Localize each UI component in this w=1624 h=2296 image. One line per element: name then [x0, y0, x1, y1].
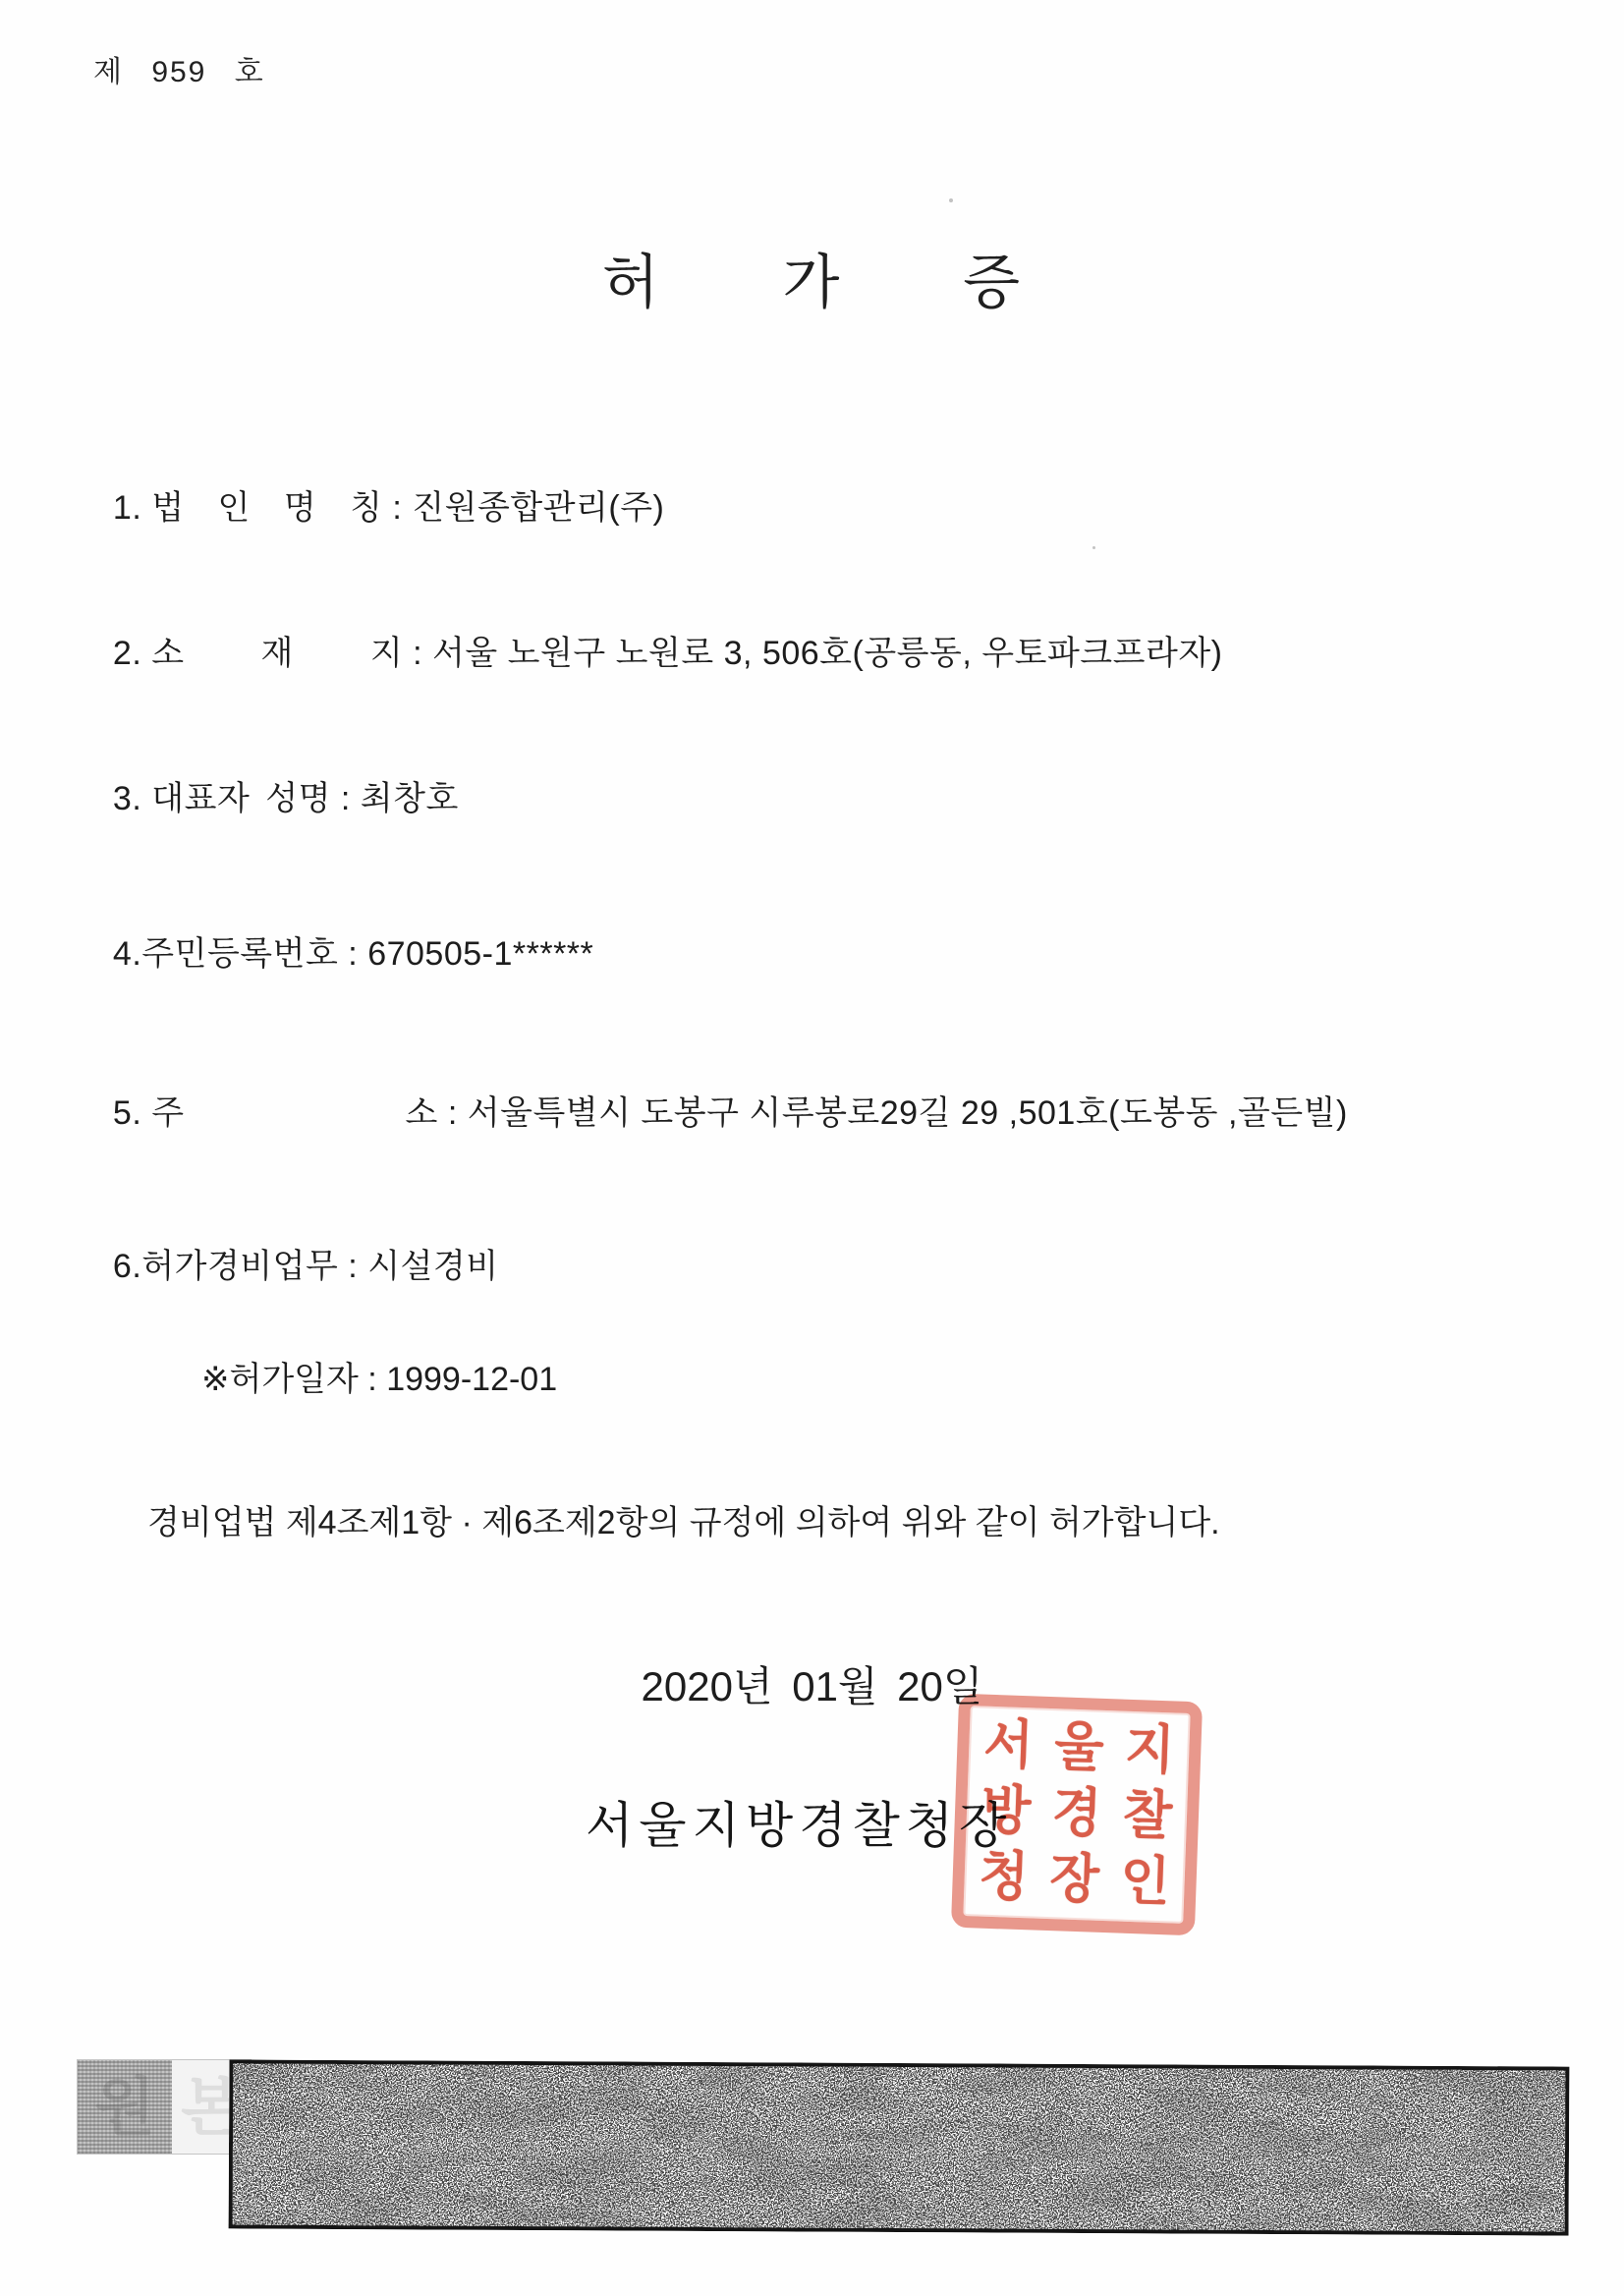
- watermark-char: 원: [94, 2076, 155, 2139]
- field-separator: :: [331, 780, 361, 817]
- field-label: 소 재 지: [151, 635, 403, 672]
- field-address: 5.주 소 : 서울특별시 도봉구 시루봉로29길 29 ,501호(도봉동 ,…: [93, 1047, 1348, 1134]
- seal-char: 청: [979, 1851, 1030, 1906]
- seal-char: 인: [1120, 1856, 1171, 1911]
- field-label: 허가경비업무: [141, 1248, 338, 1285]
- seal-char: 방: [980, 1785, 1032, 1840]
- legal-statement: 경비업법 제4조제1항 · 제6조제2항의 규정에 의하여 위와 같이 허가합니…: [147, 1495, 1220, 1543]
- field-no: 6.: [113, 1248, 141, 1285]
- original-watermark-dark-half: 원: [78, 2060, 172, 2154]
- field-representative-name: 3.대표자 성명 : 최창호: [93, 733, 459, 819]
- permit-date-note: ※허가일자 : 1999-12-01: [201, 1352, 557, 1400]
- field-no: 3.: [113, 780, 141, 817]
- document-number: 제 959 호: [93, 47, 265, 90]
- field-no: 5.: [113, 1094, 141, 1132]
- field-label: 대표자 성명: [151, 780, 331, 817]
- official-red-seal: 서 울 지 방 경 찰 청 장 인: [951, 1694, 1203, 1936]
- field-separator: :: [403, 635, 432, 672]
- issuer-title: 서울지방경찰청장: [586, 1786, 1012, 1857]
- field-location: 2.소 재 지 : 서울 노원구 노원로 3, 506호(공릉동, 우토파크프라…: [93, 588, 1223, 674]
- seal-char: 울: [1053, 1721, 1104, 1776]
- field-label: 주 소: [151, 1094, 438, 1132]
- field-resident-registration-number: 4.주민등록번호 : 670505-1******: [93, 888, 593, 975]
- seal-char: 서: [982, 1718, 1034, 1773]
- field-value: 진원종합관리(주): [412, 489, 664, 527]
- seal-char: 장: [1049, 1853, 1100, 1908]
- scan-speck: [1092, 546, 1095, 549]
- page-title: 허 가 증: [0, 236, 1624, 320]
- field-value: 서울특별시 도봉구 시루봉로29길 29 ,501호(도봉동 ,골든빌): [468, 1094, 1348, 1132]
- field-corporation-name: 1.법 인 명 칭 : 진원종합관리(주): [93, 442, 664, 529]
- field-separator: :: [338, 1248, 367, 1285]
- field-separator: :: [382, 489, 412, 527]
- field-no: 1.: [113, 489, 141, 527]
- seal-char: 지: [1124, 1723, 1175, 1778]
- field-label: 주민등록번호: [141, 935, 338, 973]
- seal-char: 경: [1051, 1787, 1102, 1842]
- field-separator: :: [438, 1094, 468, 1132]
- issue-date: 2020년 01월 20일: [0, 1654, 1624, 1713]
- seal-char: 찰: [1122, 1790, 1173, 1845]
- field-no: 4.: [113, 935, 141, 973]
- field-value: 시설경비: [367, 1248, 498, 1285]
- field-no: 2.: [113, 635, 141, 672]
- field-separator: :: [338, 935, 367, 973]
- field-permitted-security-business: 6.허가경비업무 : 시설경비: [93, 1201, 499, 1287]
- scan-speck: [949, 198, 953, 202]
- field-value: 서울 노원구 노원로 3, 506호(공릉동, 우토파크프라자): [432, 635, 1222, 672]
- field-label: 법 인 명 칭: [151, 489, 382, 527]
- field-value: 최창호: [361, 780, 459, 817]
- security-noise-strip: [229, 2059, 1570, 2235]
- original-watermark-stamp: 원 본: [77, 2059, 252, 2155]
- field-value: 670505-1******: [367, 935, 593, 973]
